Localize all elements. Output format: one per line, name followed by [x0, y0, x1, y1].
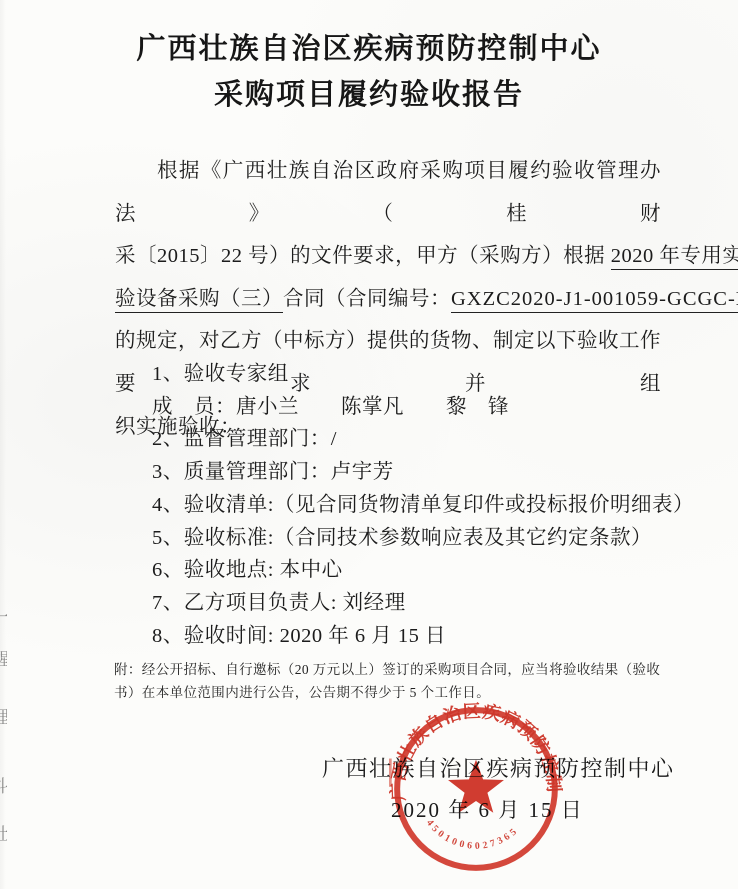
seal-code-text: 4501006027365 [424, 818, 521, 852]
seal-smudge [389, 759, 392, 787]
title-line-2: 采购项目履约验收报告 [0, 72, 738, 118]
list-item-project-manager: 7、乙方项目负责人: 刘经理 [152, 587, 692, 620]
footnote-line-1: 附：经公开招标、自行邀标（20 万元以上）签订的采购项目合同，应当将验收结果（验… [114, 658, 700, 681]
document-title: 广西壮族自治区疾病预防控制中心 采购项目履约验收报告 [0, 26, 738, 118]
footnote: 附：经公开招标、自行邀标（20 万元以上）签订的采购项目合同，应当将验收结果（验… [114, 658, 700, 704]
paragraph-line-3: 验设备采购（三）合同（合同编号：GXZC2020-J1-001059-GCGC-… [115, 278, 661, 321]
seal-graphic: 广西壮族自治区疾病预防控制中心 4501006027365 [389, 702, 563, 876]
list-item-checklist: 4、验收清单:（见合同货物清单复印件或投标报价明细表） [152, 489, 692, 522]
title-line-1: 广西壮族自治区疾病预防控制中心 [0, 26, 738, 72]
page-edge-artifact: 醒 [0, 645, 7, 670]
page-edge-artifact: 社 [0, 820, 7, 845]
paragraph-text: 合同（合同编号： [283, 288, 451, 310]
star-icon [448, 760, 504, 813]
list-item-expert-group: 1、验收专家组 [152, 358, 692, 391]
acceptance-items-list: 1、验收专家组 成 员：唐小兰 陈掌凡 黎 锋 2、监督管理部门：/ 3、质量管… [152, 358, 692, 652]
list-item-acceptance-date: 8、验收时间: 2020 年 6 月 15 日 [152, 620, 692, 653]
paragraph-line-1: 根据《广西壮族自治区政府采购项目履约验收管理办法》（桂财 [115, 150, 661, 235]
paragraph-line-2: 采〔2015〕22 号）的文件要求，甲方（采购方）根据 2020 年专用实 [115, 235, 661, 278]
list-item-supervision-dept: 2、监督管理部门：/ [152, 423, 692, 456]
paragraph-text: 采〔2015〕22 号）的文件要求，甲方（采购方）根据 [115, 245, 611, 267]
page-edge-artifact: 理 [0, 703, 7, 728]
footnote-line-2: 书）在本单位范围内进行公告，公告期不得少于 5 个工作日。 [114, 681, 700, 704]
underlined-contract-name-part1: 2020 年专用实 [611, 245, 738, 270]
page-edge-artifact: 一 [0, 603, 7, 628]
list-item-standard: 5、验收标准:（合同技术参数响应表及其它约定条款） [152, 522, 692, 555]
list-item-quality-dept: 3、质量管理部门：卢宇芳 [152, 456, 692, 489]
page-edge-artifact: 斗 [0, 772, 7, 797]
official-seal: 广西壮族自治区疾病预防控制中心 4501006027365 [389, 702, 563, 876]
paragraph-text: 根据《广西壮族自治区政府采购项目履约验收管理办法》（桂财 [115, 160, 661, 225]
scanned-report-page: 广西壮族自治区疾病预防控制中心 采购项目履约验收报告 根据《广西壮族自治区政府采… [0, 0, 738, 889]
underlined-contract-name-part2: 验设备采购（三） [115, 288, 283, 313]
list-item-location: 6、验收地点: 本中心 [152, 554, 692, 587]
list-item-members: 成 员：唐小兰 陈掌凡 黎 锋 [152, 391, 692, 424]
underlined-contract-number: GXZC2020-J1-001059-GCGC-B [451, 288, 738, 313]
